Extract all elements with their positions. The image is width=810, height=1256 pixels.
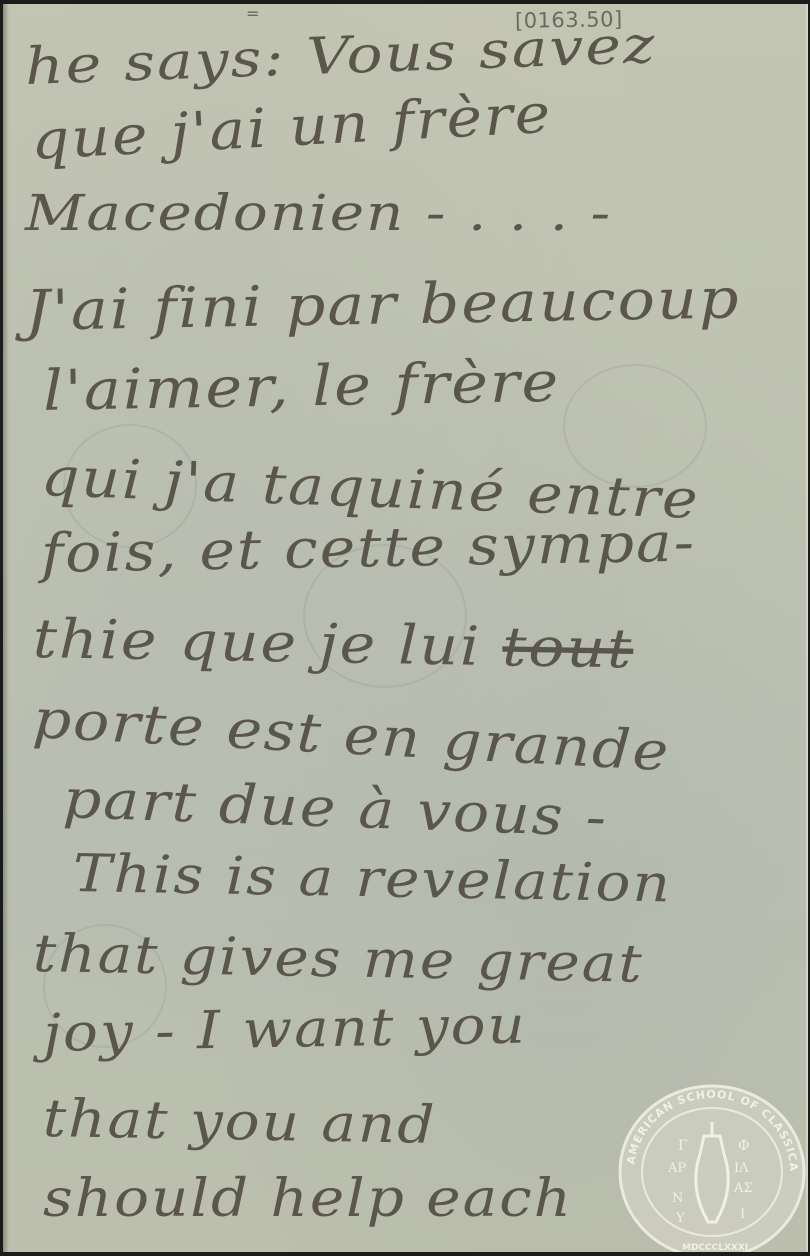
svg-text:Ν: Ν [672,1191,683,1206]
institution-seal: AMERICAN SCHOOL OF CLASSICAL STUDIES AT … [616,1084,808,1252]
handwriting-line: he says: Vous savez [24,15,657,97]
handwriting-line: that gives me great [32,922,644,994]
handwriting-line: This is a revelation [72,842,672,914]
svg-text:Φ: Φ [738,1138,749,1154]
handwriting-line: J'ai fini par beaucoup [24,265,741,343]
svg-text:Ι: Ι [740,1207,745,1222]
svg-text:ΑΡ: ΑΡ [667,1161,686,1176]
handwriting-line: part due à vous - [62,768,609,850]
handwriting-line: should help each [43,1167,573,1228]
svg-text:MDCCCLXXXI: MDCCCLXXXI [682,1243,748,1252]
handwriting-line: that you and [42,1087,437,1155]
handwriting-line: joy - I want you [42,994,527,1064]
seal-emblem-icon: AMERICAN SCHOOL OF CLASSICAL STUDIES AT … [616,1084,808,1252]
struck-word: tout [502,616,634,681]
svg-text:Γ: Γ [678,1138,688,1154]
letter-page: = [0163.50] he says: Vous savez que j'ai… [3,4,808,1252]
handwriting-line: thie que je lui tout [32,608,633,681]
svg-text:ΙΛ: ΙΛ [734,1161,749,1176]
handwritten-text: he says: Vous savez que j'ai un frère Ma… [3,4,806,1252]
svg-text:Υ: Υ [675,1211,685,1226]
handwriting-line: que j'ai un frère [29,82,553,172]
handwriting-line: Macedonien - . . . - [25,184,612,242]
handwriting-words: thie que je lui [32,608,481,679]
handwriting-line: l'aimer, le frère [42,349,560,424]
handwriting-line: fois, et cette sympa- [40,511,696,585]
svg-text:ΑΣ: ΑΣ [733,1181,753,1196]
